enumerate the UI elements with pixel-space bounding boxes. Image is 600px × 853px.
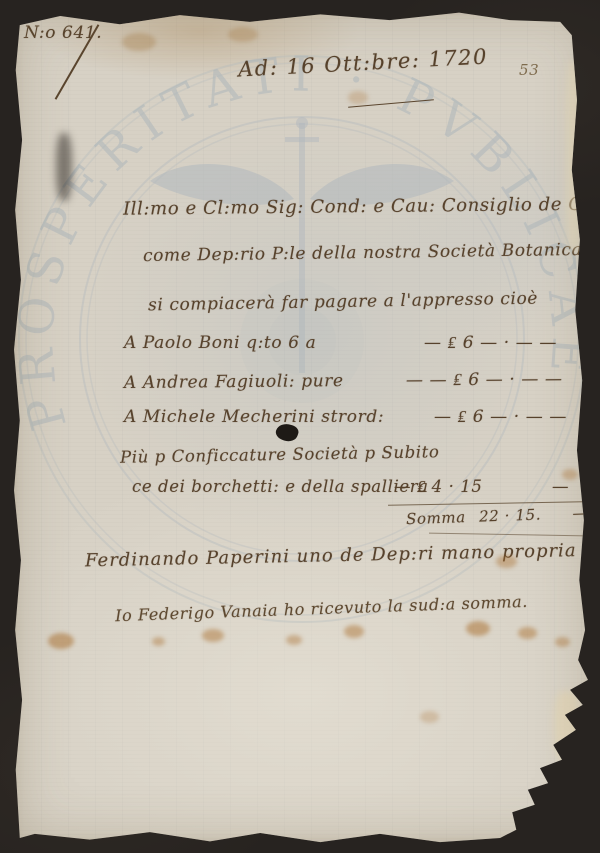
somma-value: 22 · 15.: [479, 505, 542, 525]
payment-row: A Michele Mecherini strord: — ₤ 6 — · — …: [124, 407, 584, 427]
manuscript-sheet: PROSPERITATI · PVBLICAE N:o 641. Ad: 16 …: [14, 11, 592, 843]
payment-amount: — — ₤ 6 — · — —: [406, 369, 563, 390]
payment-amount: — ₤ 6 — · — —: [434, 407, 567, 427]
extra-charge-line-2: ce dei borchetti: e della spalliera — ₤ …: [132, 477, 592, 496]
payee-name: A Michele Mecherini strord:: [124, 407, 384, 427]
payment-amount: — ₤ 6 — · — —: [424, 333, 557, 353]
payee-name: A Andrea Fagiuoli: pure: [124, 371, 344, 393]
extra-charge-text: ce dei borchetti: e della spalliera: [132, 477, 429, 496]
extra-charge-amount: — ₤ 4 · 15: [394, 477, 482, 497]
payee-name: A Paolo Boni q:to 6 a: [124, 333, 316, 353]
stain: [420, 711, 439, 723]
page-number: 53: [519, 61, 539, 79]
payment-row: A Andrea Fagiuoli: pure — — ₤ 6 — · — —: [124, 369, 584, 393]
somma-label: Somma: [406, 508, 466, 528]
extra-charge-trail-dash: —: [552, 477, 569, 496]
payment-row: A Paolo Boni q:to 6 a — ₤ 6 — · — —: [124, 333, 584, 353]
